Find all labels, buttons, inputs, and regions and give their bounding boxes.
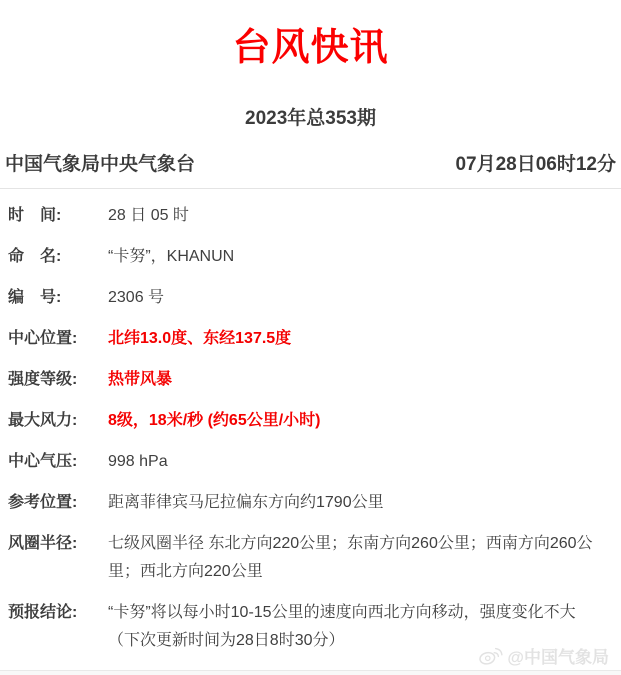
field-value: “卡努”，KHANUN xyxy=(108,243,613,271)
field-value-highlighted: 北纬13.0度、东经137.5度 xyxy=(108,325,613,353)
field-value: 998 hPa xyxy=(108,448,613,476)
field-row-name: 命 名: “卡努”，KHANUN xyxy=(8,243,613,271)
bulletin-header: 中国气象局中央气象台 07月28日06时12分 xyxy=(0,154,621,176)
field-value-highlighted: 热带风暴 xyxy=(108,366,613,394)
field-value: 28 日 05 时 xyxy=(108,202,613,230)
watermark-handle: @中国气象局 xyxy=(507,643,609,668)
field-label: 最大风力: xyxy=(8,407,108,435)
field-label: 中心位置: xyxy=(8,325,108,353)
field-value: 2306 号 xyxy=(108,284,613,312)
field-label: 强度等级: xyxy=(8,366,108,394)
field-value: 七级风圈半径 东北方向220公里；东南方向260公里；西南方向260公里；西北方… xyxy=(108,530,613,586)
field-value-highlighted: 8级，18米/秒 (约65公里/小时) xyxy=(108,407,613,435)
field-row-intensity: 强度等级: 热带风暴 xyxy=(8,366,613,394)
field-label: 预报结论: xyxy=(8,599,108,627)
weibo-watermark: @中国气象局 xyxy=(479,643,609,668)
field-row-wind-circle-radius: 风圈半径: 七级风圈半径 东北方向220公里；东南方向260公里；西南方向260… xyxy=(8,530,613,586)
field-label: 时 间: xyxy=(8,202,108,230)
field-label: 风圈半径: xyxy=(8,530,108,558)
field-value: 距离菲律宾马尼拉偏东方向约1790公里 xyxy=(108,489,613,517)
forecast-text: “卡努”将以每小时10-15公里的速度向西北方向移动，强度变化不大 xyxy=(108,604,576,621)
agency-name: 中国气象局中央气象台 xyxy=(5,154,195,176)
bottom-edge-strip xyxy=(0,670,621,675)
issue-number: 2023年总353期 xyxy=(0,108,621,129)
field-row-time: 时 间: 28 日 05 时 xyxy=(8,202,613,230)
field-row-center-position: 中心位置: 北纬13.0度、东经137.5度 xyxy=(8,325,613,353)
typhoon-bulletin: 台风快讯 2023年总353期 中国气象局中央气象台 07月28日06时12分 … xyxy=(0,0,621,675)
field-row-reference-position: 参考位置: 距离菲律宾马尼拉偏东方向约1790公里 xyxy=(8,489,613,517)
field-label: 编 号: xyxy=(8,284,108,312)
field-row-pressure: 中心气压: 998 hPa xyxy=(8,448,613,476)
field-row-max-wind: 最大风力: 8级，18米/秒 (约65公里/小时) xyxy=(8,407,613,435)
field-label: 命 名: xyxy=(8,243,108,271)
weibo-icon xyxy=(479,645,503,666)
field-label: 中心气压: xyxy=(8,448,108,476)
field-list: 时 间: 28 日 05 时 命 名: “卡努”，KHANUN 编 号: 230… xyxy=(0,189,621,655)
issue-timestamp: 07月28日06时12分 xyxy=(455,154,616,176)
field-row-number: 编 号: 2306 号 xyxy=(8,284,613,312)
page-title: 台风快讯 xyxy=(0,0,621,69)
field-label: 参考位置: xyxy=(8,489,108,517)
